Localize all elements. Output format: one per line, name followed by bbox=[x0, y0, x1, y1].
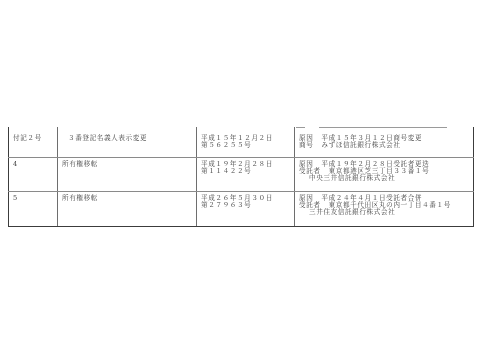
trustee-name: 中央三井信託銀行株式会社 bbox=[309, 174, 395, 182]
rights-details-cell: 原因平成２４年４月１日受託者合併 受託者東京都千代田区丸の内一丁目４番１号 三井… bbox=[295, 191, 474, 226]
receipt-cell: 平成１５年１２月２日 第５６２５５号 bbox=[197, 127, 295, 157]
rank-number-cell: 5 bbox=[9, 191, 58, 226]
registration-purpose-cell: 所有権移転 bbox=[58, 157, 197, 191]
rank-number: 4 bbox=[13, 160, 18, 168]
rank-number-cell: 4 bbox=[9, 157, 58, 191]
registration-purpose-cell: 所有権移転 bbox=[58, 191, 197, 226]
detail-text: みずほ信託銀行株式会社 bbox=[321, 141, 400, 149]
registration-purpose: 所有権移転 bbox=[62, 160, 98, 168]
rank-number-cell: 付記２号 bbox=[9, 127, 58, 157]
table-row: 付記２号 ３番登記名義人表示変更 平成１５年１２月２日 第５６２５５号 原因平成… bbox=[9, 127, 474, 157]
document-page: 付記２号 ３番登記名義人表示変更 平成１５年１２月２日 第５６２５５号 原因平成… bbox=[0, 0, 480, 360]
detail-label: 商号 bbox=[299, 141, 313, 149]
receipt-number: 第２７９６３号 bbox=[201, 202, 290, 209]
registration-purpose: 所有権移転 bbox=[62, 194, 98, 202]
rights-details-cell: 原因平成１５年３月１２日商号変更 商号みずほ信託銀行株式会社 bbox=[295, 127, 474, 157]
rights-details-cell: 原因平成１９年２月２８日受託者更迭 受託者東京都港区芝三丁目３３番１号 中央三井… bbox=[295, 157, 474, 191]
registry-table: 付記２号 ３番登記名義人表示変更 平成１５年１２月２日 第５６２５５号 原因平成… bbox=[8, 127, 474, 227]
receipt-number: 第５６２５５号 bbox=[201, 142, 290, 149]
receipt-cell: 平成１９年２月２８日 第１１４２２号 bbox=[197, 157, 295, 191]
rank-number: 付記２号 bbox=[13, 134, 42, 142]
receipt-cell: 平成２６年５月３０日 第２７９６３号 bbox=[197, 191, 295, 226]
registration-purpose-cell: ３番登記名義人表示変更 bbox=[58, 127, 197, 157]
trustee-name: 三井住友信託銀行株式会社 bbox=[309, 208, 395, 216]
table-row: 4 所有権移転 平成１９年２月２８日 第１１４２２号 原因平成１９年２月２８日受… bbox=[9, 157, 474, 191]
registration-purpose: ３番登記名義人表示変更 bbox=[62, 134, 147, 142]
table-row: 5 所有権移転 平成２６年５月３０日 第２７９６３号 原因平成２４年４月１日受託… bbox=[9, 191, 474, 226]
rank-number: 5 bbox=[13, 194, 18, 202]
receipt-number: 第１１４２２号 bbox=[201, 168, 290, 175]
